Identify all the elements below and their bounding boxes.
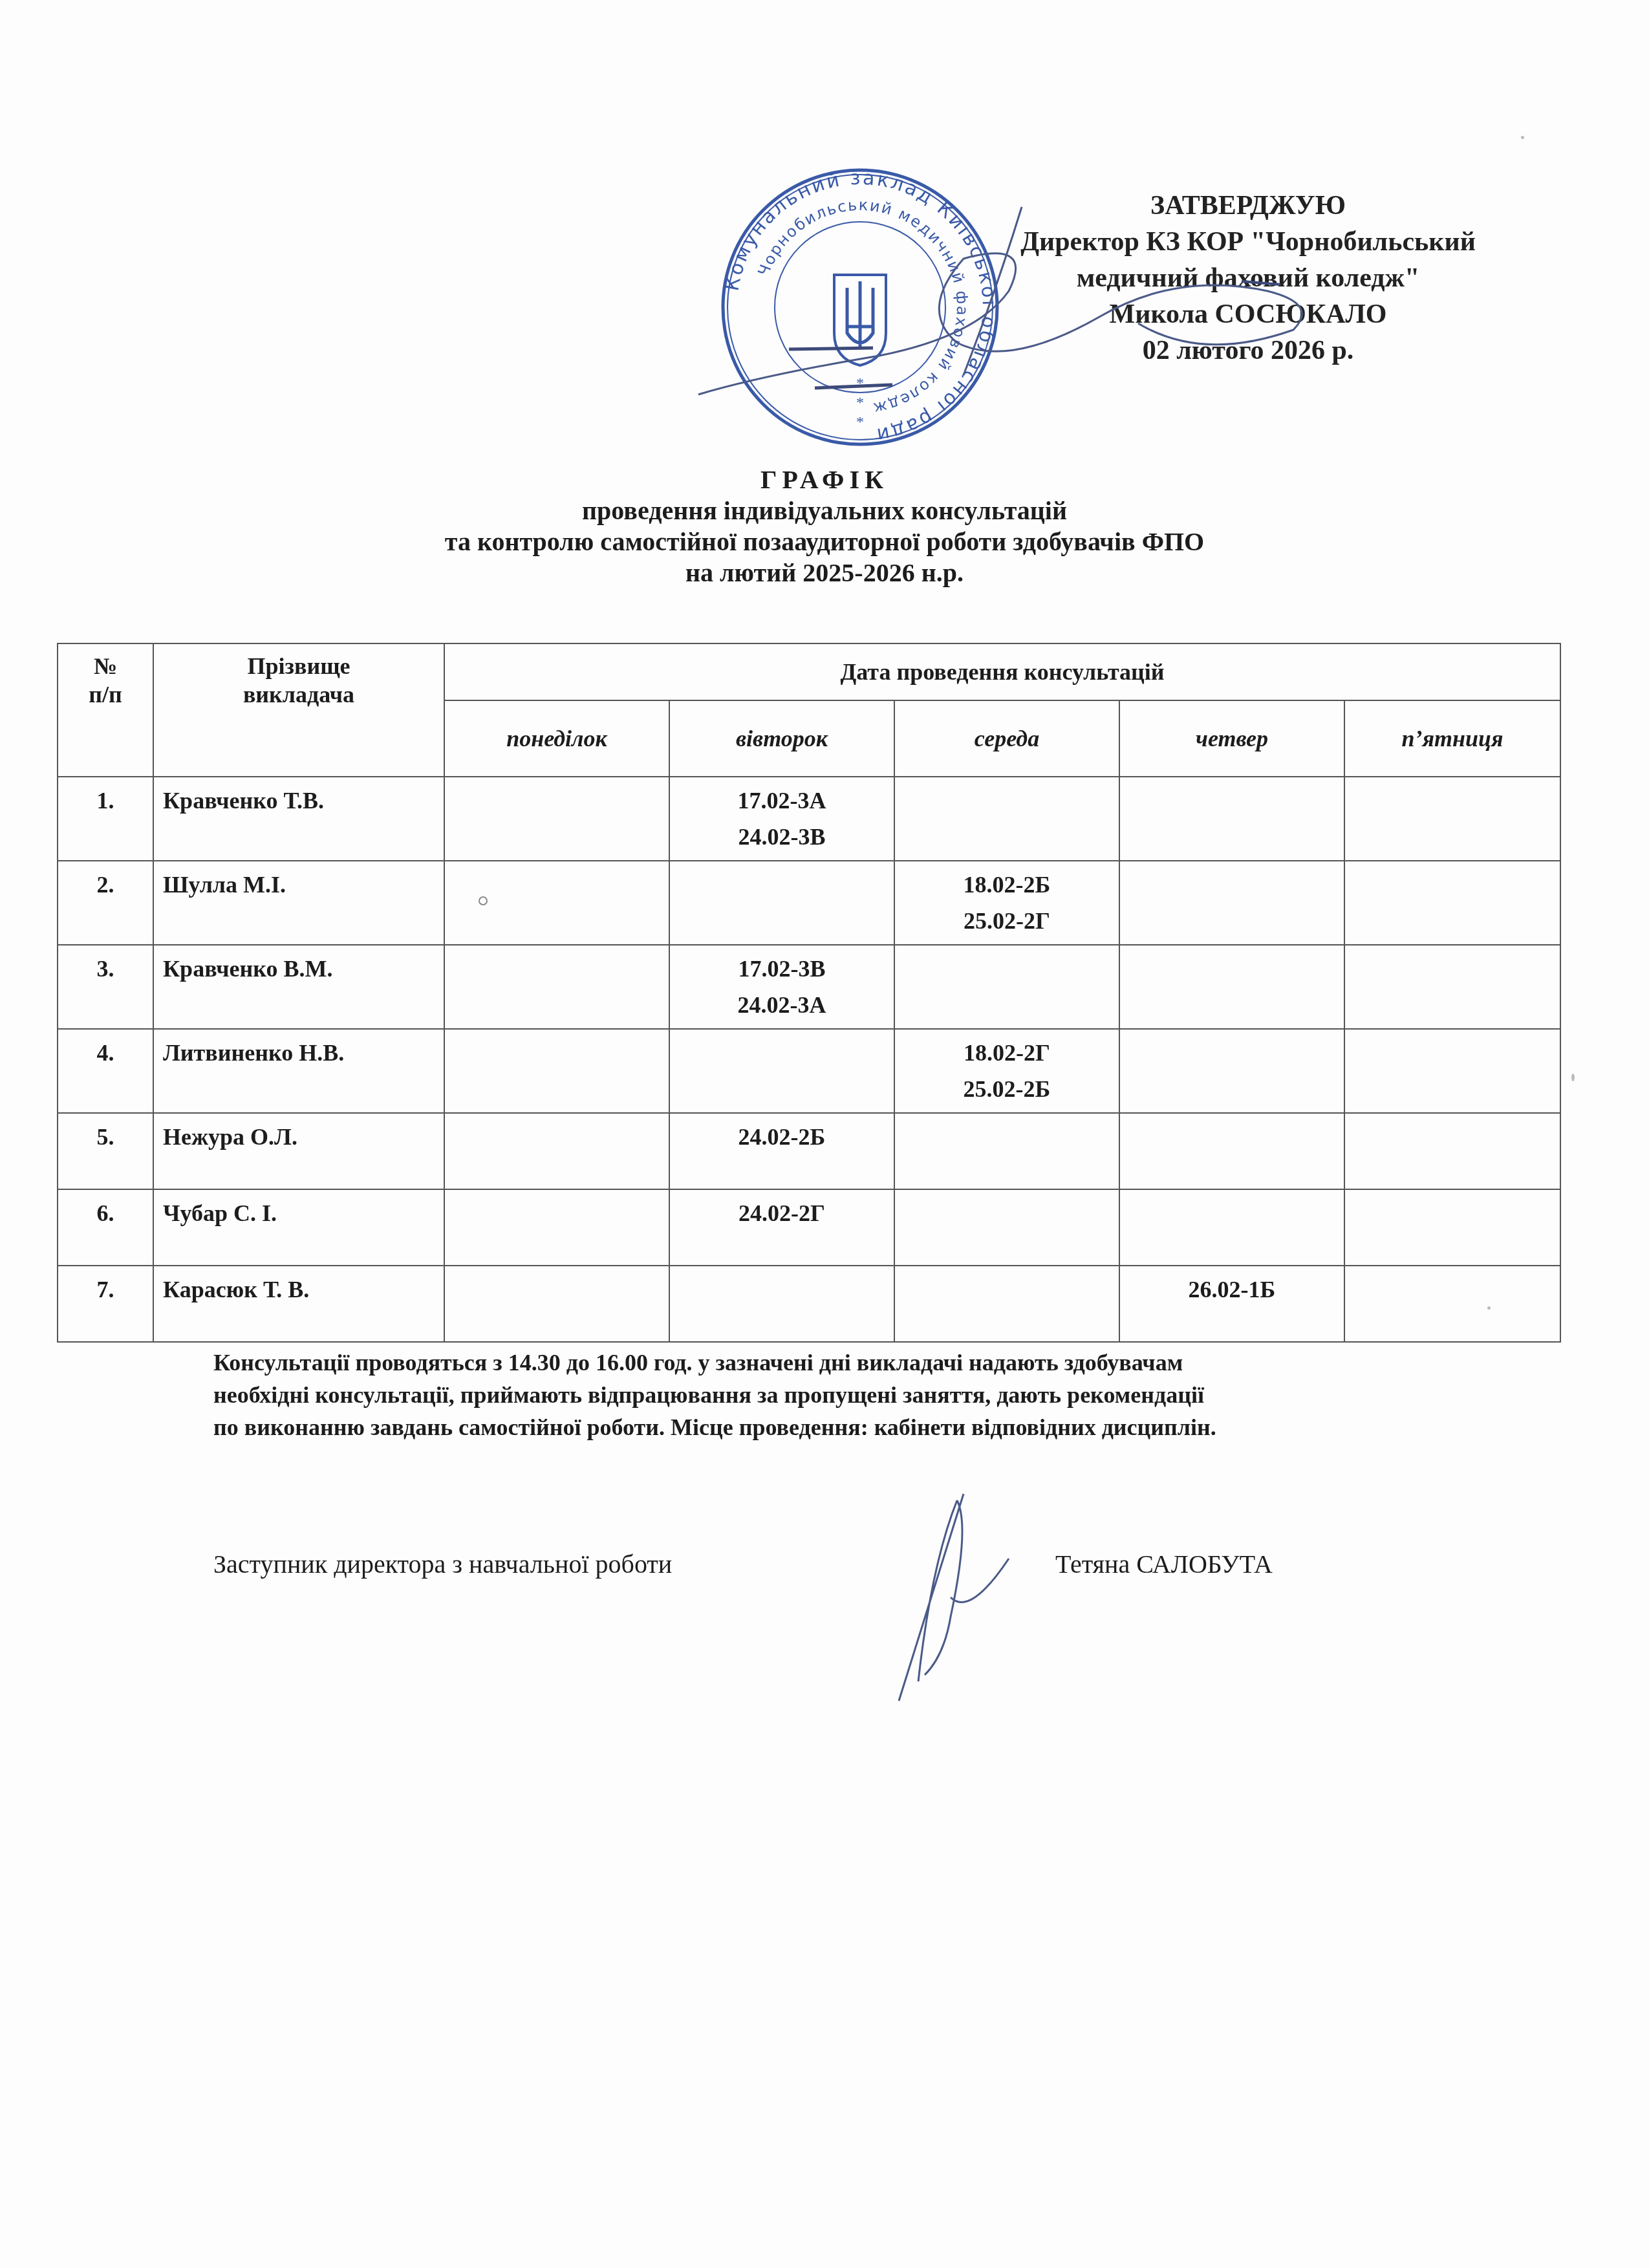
consultation-date-group: 17.02-3А bbox=[679, 783, 885, 819]
cell-thursday: 26.02-1Б bbox=[1119, 1266, 1344, 1342]
document-title: ГРАФІК проведення індивідуальних консуль… bbox=[0, 464, 1649, 589]
title-line3: на лютий 2025-2026 н.р. bbox=[0, 557, 1649, 589]
cell-tuesday: 17.02-3А24.02-3В bbox=[669, 777, 894, 861]
header-wednesday: середа bbox=[894, 700, 1119, 777]
row-number: 5. bbox=[58, 1113, 153, 1189]
consultation-date-group: 24.02-3В bbox=[679, 819, 885, 855]
header-dates-group: Дата проведення консультацій bbox=[444, 643, 1560, 700]
teacher-name: Кравченко Т.В. bbox=[153, 777, 444, 861]
header-name-line1: Прізвище bbox=[163, 652, 435, 680]
note-line3: по виконанню завдань самостійної роботи.… bbox=[213, 1411, 1571, 1443]
cell-thursday bbox=[1119, 1113, 1344, 1189]
consultation-date-group: 24.02-3А bbox=[679, 987, 885, 1023]
header-tuesday: вівторок bbox=[669, 700, 894, 777]
consultation-date-group: 26.02-1Б bbox=[1129, 1271, 1335, 1308]
cell-wednesday: 18.02-2Г25.02-2Б bbox=[894, 1029, 1119, 1113]
cell-wednesday bbox=[894, 1266, 1119, 1342]
teacher-name: Нежура О.Л. bbox=[153, 1113, 444, 1189]
cell-friday bbox=[1344, 777, 1560, 861]
cell-thursday bbox=[1119, 1029, 1344, 1113]
signatory-name: Тетяна САЛОБУТА bbox=[1055, 1549, 1273, 1579]
table-row: 5.Нежура О.Л.24.02-2Б bbox=[58, 1113, 1560, 1189]
scan-speck bbox=[1487, 1306, 1491, 1310]
row-number: 4. bbox=[58, 1029, 153, 1113]
consultation-note: Консультації проводяться з 14.30 до 16.0… bbox=[213, 1346, 1571, 1443]
table-row: 6.Чубар С. І.24.02-2Г bbox=[58, 1189, 1560, 1266]
cell-wednesday bbox=[894, 1189, 1119, 1266]
scan-speck bbox=[1571, 1074, 1575, 1081]
director-signature bbox=[685, 162, 1410, 433]
header-number: № п/п bbox=[58, 643, 153, 777]
header-teacher-name: Прізвище викладача bbox=[153, 643, 444, 777]
scan-speck bbox=[479, 896, 488, 905]
table-row: 1.Кравченко Т.В.17.02-3А24.02-3В bbox=[58, 777, 1560, 861]
table-row: 7.Карасюк Т. В.26.02-1Б bbox=[58, 1266, 1560, 1342]
cell-friday bbox=[1344, 1029, 1560, 1113]
note-line1: Консультації проводяться з 14.30 до 16.0… bbox=[213, 1346, 1571, 1379]
cell-tuesday bbox=[669, 861, 894, 945]
header-thursday: четвер bbox=[1119, 700, 1344, 777]
note-line2: необхідні консультації, приймають відпра… bbox=[213, 1379, 1571, 1411]
row-number: 6. bbox=[58, 1189, 153, 1266]
cell-tuesday bbox=[669, 1266, 894, 1342]
consultation-schedule-table: № п/п Прізвище викладача Дата проведення… bbox=[57, 643, 1561, 1343]
row-number: 1. bbox=[58, 777, 153, 861]
cell-tuesday: 24.02-2Б bbox=[669, 1113, 894, 1189]
row-number: 2. bbox=[58, 861, 153, 945]
cell-monday bbox=[444, 1189, 669, 1266]
title-line2: та контролю самостійної позааудиторної р… bbox=[0, 526, 1649, 557]
teacher-name: Кравченко В.М. bbox=[153, 945, 444, 1029]
cell-wednesday bbox=[894, 777, 1119, 861]
consultation-date-group: 24.02-2Г bbox=[679, 1195, 885, 1231]
teacher-name: Карасюк Т. В. bbox=[153, 1266, 444, 1342]
title-main: ГРАФІК bbox=[0, 464, 1649, 495]
cell-friday bbox=[1344, 1266, 1560, 1342]
table-row: 3.Кравченко В.М.17.02-3В24.02-3А bbox=[58, 945, 1560, 1029]
consultation-date-group: 25.02-2Б bbox=[904, 1071, 1110, 1107]
row-number: 3. bbox=[58, 945, 153, 1029]
consultation-date-group: 17.02-3В bbox=[679, 951, 885, 987]
cell-monday bbox=[444, 945, 669, 1029]
cell-monday bbox=[444, 777, 669, 861]
teacher-name: Чубар С. І. bbox=[153, 1189, 444, 1266]
cell-monday bbox=[444, 1113, 669, 1189]
header-number-line1: № bbox=[67, 652, 144, 680]
row-number: 7. bbox=[58, 1266, 153, 1342]
header-name-line2: викладача bbox=[163, 680, 435, 709]
cell-thursday bbox=[1119, 945, 1344, 1029]
cell-friday bbox=[1344, 861, 1560, 945]
header-monday: понеділок bbox=[444, 700, 669, 777]
consultation-date-group: 25.02-2Г bbox=[904, 903, 1110, 939]
consultation-date-group: 18.02-2Г bbox=[904, 1035, 1110, 1071]
cell-friday bbox=[1344, 945, 1560, 1029]
consultation-date-group: 24.02-2Б bbox=[679, 1119, 885, 1155]
header-number-line2: п/п bbox=[67, 680, 144, 709]
cell-tuesday bbox=[669, 1029, 894, 1113]
cell-tuesday: 24.02-2Г bbox=[669, 1189, 894, 1266]
cell-thursday bbox=[1119, 861, 1344, 945]
consultation-date-group: 18.02-2Б bbox=[904, 867, 1110, 903]
cell-wednesday bbox=[894, 945, 1119, 1029]
cell-thursday bbox=[1119, 777, 1344, 861]
teacher-name: Шулла М.І. bbox=[153, 861, 444, 945]
scan-speck bbox=[1521, 136, 1524, 139]
title-line1: проведення індивідуальних консультацій bbox=[0, 495, 1649, 526]
table-row: 4.Литвиненко Н.В.18.02-2Г25.02-2Б bbox=[58, 1029, 1560, 1113]
cell-monday bbox=[444, 861, 669, 945]
cell-wednesday bbox=[894, 1113, 1119, 1189]
deputy-signature bbox=[860, 1487, 1067, 1707]
cell-monday bbox=[444, 1266, 669, 1342]
teacher-name: Литвиненко Н.В. bbox=[153, 1029, 444, 1113]
signatory-role: Заступник директора з навчальної роботи bbox=[213, 1549, 672, 1579]
cell-friday bbox=[1344, 1189, 1560, 1266]
cell-monday bbox=[444, 1029, 669, 1113]
cell-wednesday: 18.02-2Б25.02-2Г bbox=[894, 861, 1119, 945]
header-friday: п’ятниця bbox=[1344, 700, 1560, 777]
table-row: 2.Шулла М.І.18.02-2Б25.02-2Г bbox=[58, 861, 1560, 945]
cell-thursday bbox=[1119, 1189, 1344, 1266]
cell-tuesday: 17.02-3В24.02-3А bbox=[669, 945, 894, 1029]
cell-friday bbox=[1344, 1113, 1560, 1189]
